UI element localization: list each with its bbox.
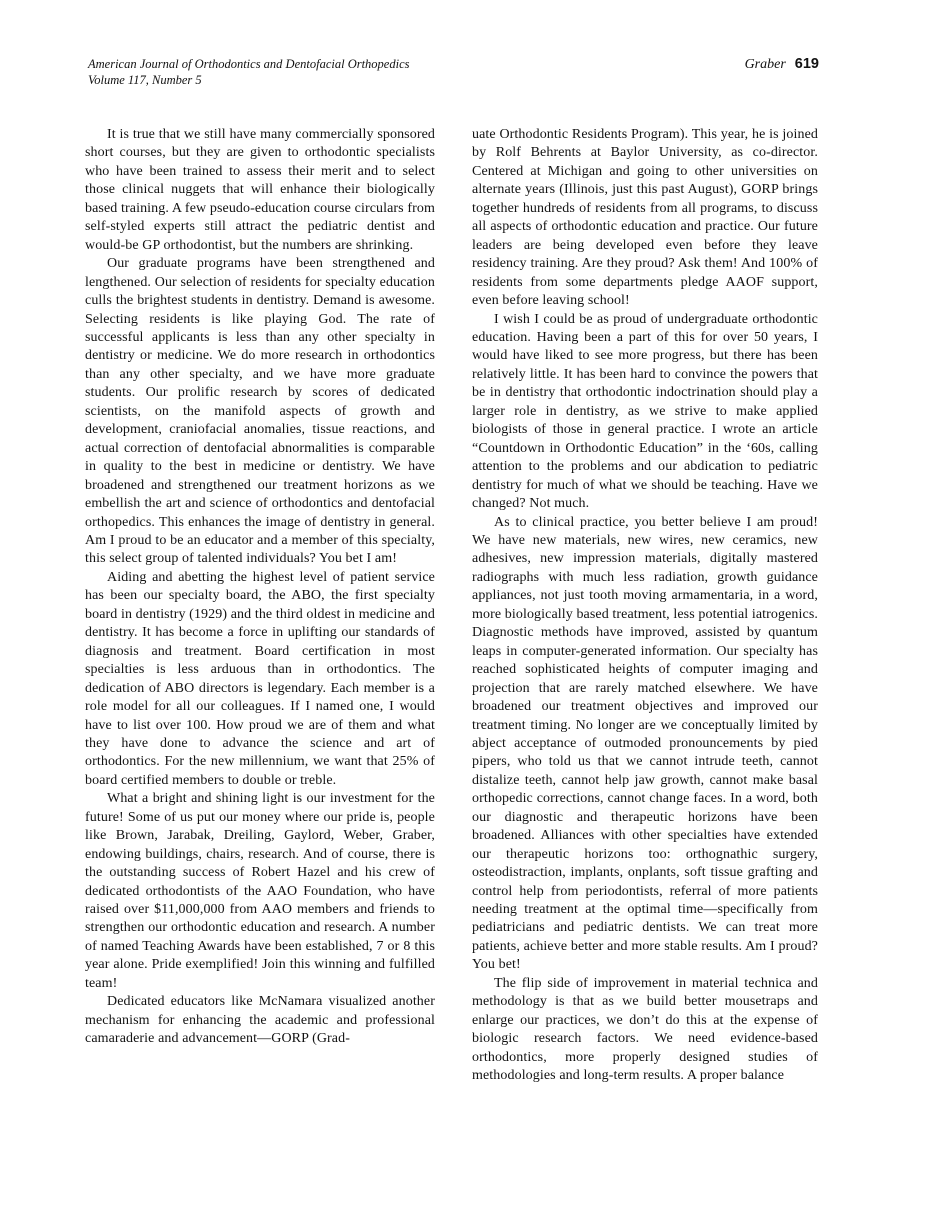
paragraph: I wish I could be as proud of undergradu… — [472, 311, 818, 514]
journal-page: American Journal of Orthodontics and Den… — [0, 0, 950, 1230]
paragraph: Dedicated educators like McNamara visual… — [85, 993, 435, 1048]
paragraph: Aiding and abetting the highest level of… — [85, 569, 435, 790]
journal-issue: Volume 117, Number 5 — [88, 72, 410, 88]
running-head: American Journal of Orthodontics and Den… — [88, 56, 819, 88]
article-body: It is true that we still have many comme… — [85, 126, 818, 1086]
paragraph: Our graduate programs have been strength… — [85, 255, 435, 569]
journal-info: American Journal of Orthodontics and Den… — [88, 56, 410, 88]
journal-title: American Journal of Orthodontics and Den… — [88, 56, 410, 72]
paragraph: The flip side of improvement in material… — [472, 975, 818, 1086]
right-column: uate Orthodontic Residents Program). Thi… — [472, 126, 818, 1086]
paragraph: uate Orthodontic Residents Program). Thi… — [472, 126, 818, 311]
left-column: It is true that we still have many comme… — [85, 126, 435, 1086]
paragraph: What a bright and shining light is our i… — [85, 790, 435, 993]
page-number: 619 — [795, 56, 819, 72]
paragraph: It is true that we still have many comme… — [85, 126, 435, 255]
page-info: Graber619 — [745, 56, 819, 73]
author-name: Graber — [745, 57, 786, 72]
paragraph: As to clinical practice, you better beli… — [472, 514, 818, 975]
